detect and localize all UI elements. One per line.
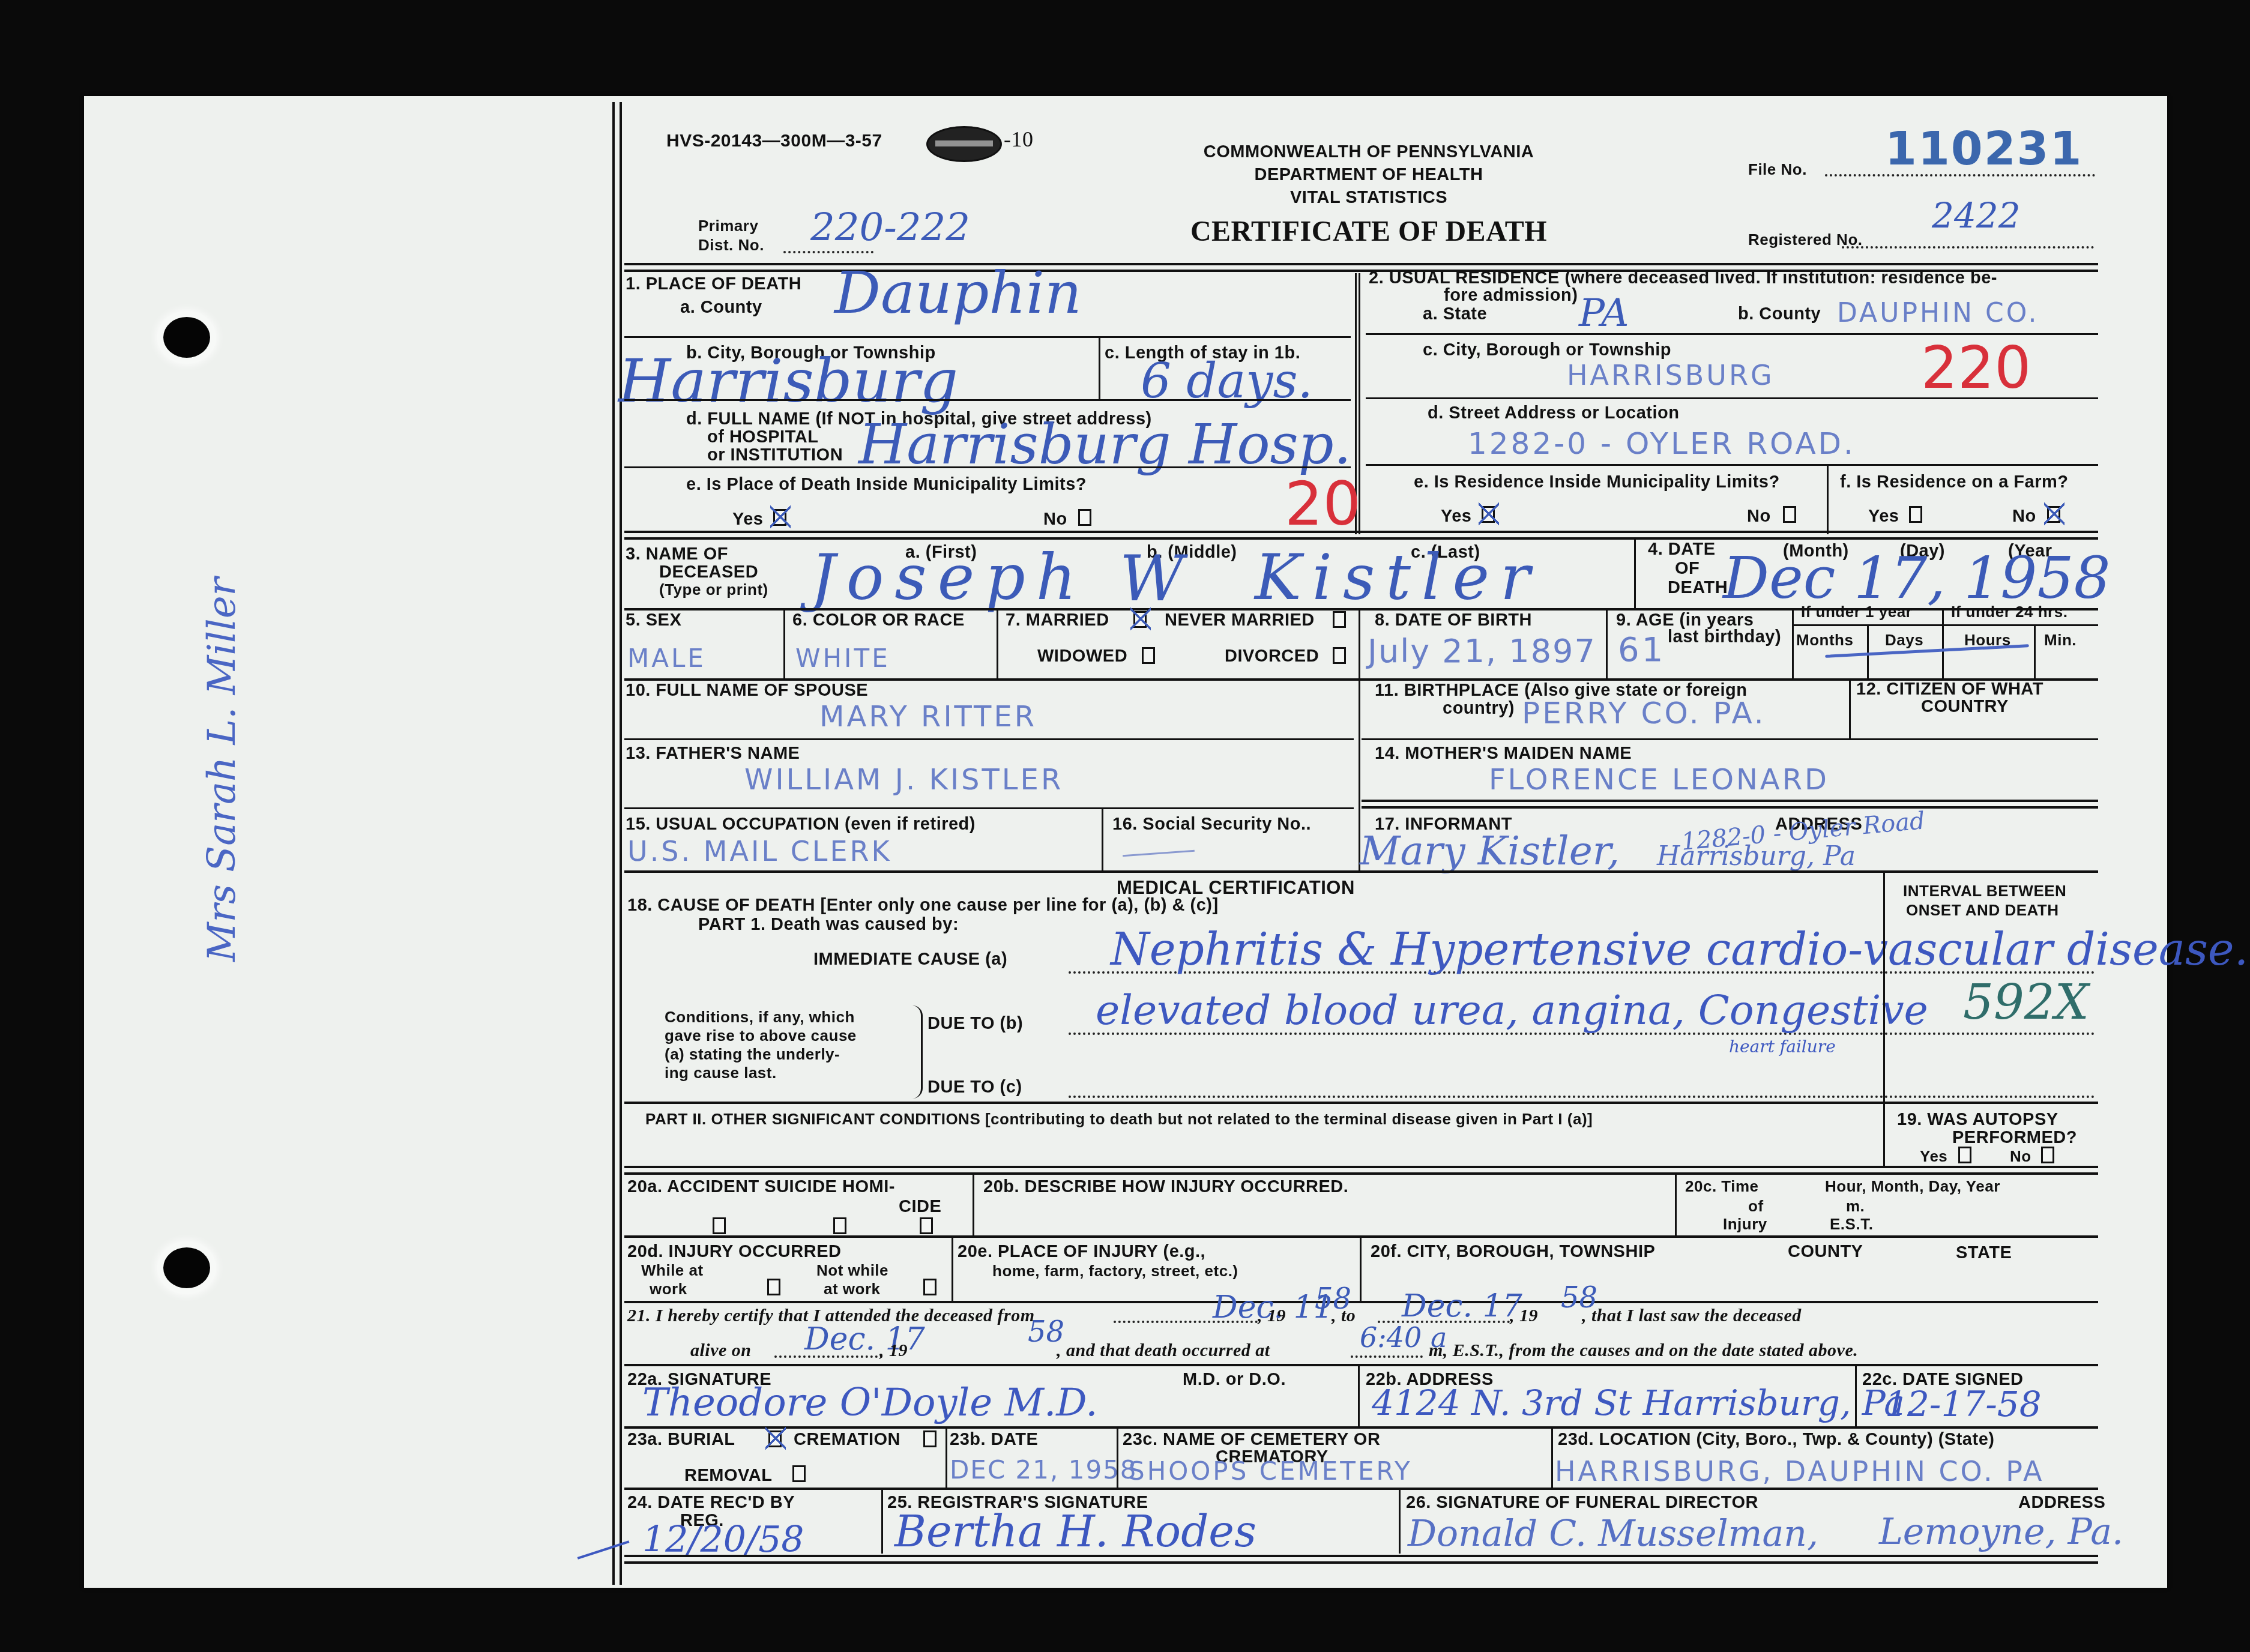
attended-to-value: Dec. 17	[1402, 1291, 1522, 1322]
days-label: Days	[1885, 632, 1923, 649]
name-label-3: (Type or print)	[659, 581, 768, 598]
injury-time-label-1: 20c. Time	[1685, 1178, 1759, 1195]
ssn-label: 16. Social Security No..	[1112, 815, 1311, 834]
due-to-c-line	[1069, 1096, 2095, 1098]
inside-limits-yes-label: Yes	[732, 510, 764, 529]
rule	[1792, 624, 2098, 626]
certify-line-1c: , to	[1332, 1306, 1356, 1325]
conditions-brace	[912, 1005, 923, 1099]
autopsy-no-label: No	[2010, 1148, 2031, 1165]
conditions-note-4: ing cause last.	[665, 1064, 777, 1082]
dod-label-3: DEATH	[1668, 579, 1728, 598]
autopsy-label-2: PERFORMED?	[1952, 1129, 2077, 1148]
res-farm-label: f. Is Residence on a Farm?	[1840, 473, 2068, 492]
removal-label: REMOVAL	[684, 1467, 772, 1486]
rule	[1883, 870, 1885, 1168]
primary-dist-line	[783, 251, 873, 253]
rule	[1792, 608, 1794, 680]
form-border-inner	[620, 102, 622, 1585]
file-no-label: File No.	[1748, 161, 1807, 178]
inside-limits-no-checkbox[interactable]	[1078, 509, 1091, 526]
issuer-line-1: COMMONWEALTH OF PENNSYLVANIA	[1165, 143, 1573, 162]
birthplace-label-2: country)	[1443, 699, 1515, 719]
place-red-code: 20	[1285, 474, 1361, 534]
rule	[1358, 1364, 1360, 1427]
rule	[624, 336, 1351, 338]
inside-limits-yes-checkbox[interactable]	[773, 509, 786, 526]
md-do-label: M.D. or D.O.	[1183, 1370, 1286, 1390]
dod-label-1: 4. DATE	[1648, 540, 1716, 559]
not-while-2: at work	[824, 1280, 881, 1298]
burial-label: 23a. BURIAL	[627, 1430, 735, 1450]
spouse-value: MARY RITTER	[819, 702, 1037, 731]
res-red-code: 220	[1921, 339, 2031, 397]
res-farm-yes-label: Yes	[1868, 507, 1899, 526]
hospital-label-3: or INSTITUTION	[707, 446, 843, 465]
union-label-icon	[926, 126, 1002, 162]
injury-place-label-1: 20e. PLACE OF INJURY (e.g.,	[958, 1243, 1205, 1262]
res-street-value: 1282-0 - OYLER ROAD.	[1468, 429, 1856, 459]
age-value: 61	[1618, 633, 1665, 667]
cremation-label: CREMATION	[794, 1430, 900, 1450]
rule	[624, 1426, 2098, 1429]
married-checkbox[interactable]	[1133, 611, 1147, 628]
middle-name-value: W	[1120, 547, 1184, 610]
injury-city-label: 20f. CITY, BOROUGH, TOWNSHIP	[1371, 1243, 1655, 1262]
suicide-checkbox[interactable]	[833, 1217, 846, 1234]
rule	[624, 738, 1354, 740]
rule	[624, 807, 1354, 809]
certify-line-2a: alive on	[690, 1340, 752, 1360]
min-label: Min.	[2044, 632, 2077, 649]
rule	[624, 1364, 2098, 1366]
county-value: Dauphin	[834, 264, 1082, 322]
age-label-2: last birthday)	[1668, 628, 1781, 647]
while-at-work-checkbox[interactable]	[767, 1279, 780, 1295]
dod-value: Dec 17, 1958	[1723, 549, 2111, 607]
injury-time-m: m.	[1846, 1198, 1865, 1215]
res-city-label: c. City, Borough or Township	[1423, 341, 1671, 360]
months-label: Months	[1796, 632, 1853, 649]
document-title: CERTIFICATE OF DEATH	[1159, 216, 1579, 248]
certify-line-2d: m, E.S.T., from the causes and on the da…	[1429, 1340, 1858, 1360]
father-value: WILLIAM J. KISTLER	[744, 765, 1063, 794]
rule	[997, 608, 998, 680]
dod-label-2: OF	[1675, 559, 1700, 579]
rule	[1399, 1488, 1401, 1554]
issuer-line-2: DEPARTMENT OF HEALTH	[1165, 166, 1573, 185]
form-id: HVS-20143—300M—3-57	[666, 131, 882, 151]
never-married-label: NEVER MARRIED	[1165, 611, 1315, 630]
rule	[1942, 608, 1944, 680]
conditions-note-1: Conditions, if any, which	[665, 1008, 855, 1026]
rule	[1606, 608, 1608, 680]
medical-heading: MEDICAL CERTIFICATION	[1117, 878, 1355, 898]
autopsy-no-checkbox[interactable]	[2041, 1147, 2054, 1163]
file-no-value: 110231	[1885, 126, 2083, 172]
res-inside-yes-checkbox[interactable]	[1482, 506, 1495, 523]
due-to-b-label: DUE TO (b)	[927, 1014, 1023, 1034]
while-at-work-2: work	[650, 1280, 687, 1298]
spouse-label: 10. FULL NAME OF SPOUSE	[626, 681, 868, 701]
res-inside-limits-label: e. Is Residence Inside Municipality Limi…	[1414, 473, 1780, 492]
rule	[1362, 738, 2098, 740]
widowed-label: WIDOWED	[1037, 647, 1127, 666]
citizen-label-2: COUNTRY	[1921, 698, 2009, 717]
cremation-checkbox[interactable]	[923, 1430, 936, 1447]
rule	[2034, 624, 2036, 680]
rule	[1855, 1364, 1857, 1427]
primary-dist-label-2: Dist. No.	[698, 237, 764, 254]
injury-time-est: E.S.T.	[1830, 1216, 1873, 1233]
under-24h-label: If under 24 hrs.	[1951, 603, 2068, 621]
injury-time-cols: Hour, Month, Day, Year	[1825, 1178, 2000, 1195]
res-street-label: d. Street Address or Location	[1428, 404, 1680, 423]
sex-value: MALE	[627, 646, 706, 671]
section-rule	[624, 1166, 2098, 1168]
removal-checkbox[interactable]	[792, 1465, 806, 1482]
informant-value: Mary Kistler,	[1360, 831, 1620, 871]
form-border-outer	[612, 102, 615, 1585]
autopsy-label-1: 19. WAS AUTOPSY	[1897, 1111, 2058, 1130]
rule	[1360, 1235, 1362, 1301]
certify-line-1e: , that I last saw the deceased	[1582, 1306, 1802, 1325]
inside-limits-no-label: No	[1043, 510, 1067, 529]
res-state-value: PA	[1579, 294, 1629, 333]
certify-line-2c: , and that death occurred at	[1057, 1340, 1270, 1360]
interval-label-2: ONSET AND DEATH	[1906, 902, 2059, 919]
sex-label: 5. SEX	[626, 611, 681, 630]
section-rule	[624, 531, 2098, 533]
physician-signature: Theodore O'Doyle M.D.	[642, 1384, 1098, 1422]
footer-rule	[624, 1555, 2098, 1557]
not-while-checkbox[interactable]	[923, 1279, 936, 1295]
occupation-label: 15. USUAL OCCUPATION (even if retired)	[626, 815, 976, 834]
certify-line-1b: , 19	[1258, 1306, 1286, 1325]
race-value: WHITE	[795, 646, 890, 671]
funeral-director-signature: Donald C. Musselman,	[1408, 1516, 1818, 1552]
interval-label-1: INTERVAL BETWEEN	[1903, 882, 2066, 900]
burial-date-label: 23b. DATE	[950, 1430, 1038, 1450]
injury-type-label: 20a. ACCIDENT SUICIDE HOMI-	[627, 1178, 895, 1197]
injury-time-label-3: Injury	[1723, 1216, 1767, 1233]
registered-no-value: 2422	[1932, 198, 2021, 233]
location-label: 23d. LOCATION (City, Boro., Twp. & Count…	[1558, 1430, 1994, 1450]
rule	[1827, 464, 1829, 534]
county-label: a. County	[680, 298, 762, 318]
cause-label-1: 18. CAUSE OF DEATH [Enter only one cause…	[627, 896, 1219, 915]
mother-label: 14. MOTHER'S MAIDEN NAME	[1375, 744, 1632, 764]
date-recd-label-1: 24. DATE REC'D BY	[627, 1494, 795, 1513]
rule	[624, 399, 1351, 401]
never-married-checkbox[interactable]	[1333, 611, 1346, 628]
mother-value: FLORENCE LEONARD	[1489, 765, 1829, 794]
while-at-work-1: While at	[641, 1262, 704, 1279]
res-farm-no-checkbox[interactable]	[2047, 506, 2060, 523]
rule	[624, 466, 1351, 468]
injury-state-label: STATE	[1956, 1244, 2012, 1263]
punch-hole-bottom	[163, 1247, 210, 1288]
first-name-value: Joseph	[810, 546, 1087, 609]
punch-hole-top	[163, 317, 210, 358]
certify-dots	[1351, 1355, 1423, 1358]
funeral-address-label: ADDRESS	[2018, 1494, 2105, 1513]
res-inside-yes-label: Yes	[1441, 507, 1472, 526]
rule	[783, 608, 785, 680]
injury-place-label-2: home, farm, factory, street, etc.)	[992, 1262, 1238, 1280]
certify-line-1d: , 19	[1510, 1306, 1538, 1325]
injury-time-label-2: of	[1748, 1198, 1764, 1215]
due-to-b-extra: heart failure	[1729, 1039, 1836, 1055]
dob-label: 8. DATE OF BIRTH	[1375, 611, 1532, 630]
accident-checkbox[interactable]	[713, 1217, 726, 1234]
injury-occurred-label: 20d. INJURY OCCURRED	[627, 1243, 841, 1262]
injury-describe-label: 20b. DESCRIBE HOW INJURY OCCURRED.	[983, 1178, 1348, 1197]
res-county-label: b. County	[1738, 305, 1821, 324]
birthplace-value: PERRY CO. PA.	[1522, 698, 1766, 728]
last-name-value: Kistler	[1255, 546, 1541, 609]
primary-dist-label-1: Primary	[698, 217, 758, 235]
city-value: Harrisburg	[618, 351, 958, 411]
due-to-c-label: DUE TO (c)	[927, 1078, 1022, 1097]
rule	[881, 1488, 883, 1554]
registered-no-line	[1842, 246, 2094, 249]
primary-dist-value: 220-222	[810, 209, 970, 247]
informant-address-2: Harrisburg, Pa	[1657, 843, 1856, 870]
rule	[624, 1102, 2098, 1104]
burial-date-value: DEC 21, 1958	[950, 1458, 1138, 1483]
physician-address: 4124 N. 3rd St Harrisburg, Pa.	[1372, 1385, 1916, 1420]
part2-label: PART II. OTHER SIGNIFICANT CONDITIONS [c…	[645, 1111, 1593, 1128]
interval-code: 592X	[1963, 978, 2089, 1026]
registrar-signature: Bertha H. Rodes	[894, 1510, 1256, 1553]
rule	[952, 1235, 953, 1301]
conditions-note-2: gave rise to above cause	[665, 1027, 857, 1045]
autopsy-yes-label: Yes	[1920, 1148, 1947, 1165]
rule	[1849, 678, 1851, 738]
rule	[1117, 1426, 1118, 1488]
race-label: 6. COLOR OR RACE	[792, 611, 965, 630]
name-label-2: DECEASED	[659, 563, 758, 582]
date-signed-value: 12-17-58	[1885, 1387, 2042, 1421]
autopsy-yes-checkbox[interactable]	[1958, 1147, 1971, 1163]
hospital-value: Harrisburg Hosp.	[858, 417, 1351, 472]
rule	[624, 870, 2098, 873]
rule	[1362, 800, 2098, 802]
occupation-value: U.S. MAIL CLERK	[627, 837, 892, 865]
rule	[1675, 1174, 1677, 1237]
rule	[624, 1301, 2098, 1303]
burial-checkbox[interactable]	[768, 1430, 782, 1447]
res-inside-no-label: No	[1747, 507, 1771, 526]
res-inside-no-checkbox[interactable]	[1783, 506, 1796, 523]
rule	[1366, 464, 2098, 466]
divorced-checkbox[interactable]	[1333, 647, 1346, 664]
name-label-1: 3. NAME OF	[626, 545, 728, 564]
stay-value: 6 days.	[1141, 357, 1313, 405]
inside-limits-label: e. Is Place of Death Inside Municipality…	[686, 475, 1087, 495]
widowed-checkbox[interactable]	[1142, 647, 1155, 664]
married-label: 7. MARRIED	[1006, 611, 1109, 630]
date-recd-value: 12/20/58	[642, 1522, 804, 1558]
rule	[973, 1174, 974, 1237]
cemetery-value: SHOOPS CEMETERY	[1129, 1459, 1413, 1484]
res-county-value: DAUPHIN CO.	[1837, 300, 2039, 327]
location-value: HARRISBURG, DAUPHIN CO. PA	[1555, 1458, 2044, 1485]
cause-label-2: PART 1. Death was caused by:	[698, 915, 959, 935]
divorced-label: DIVORCED	[1225, 647, 1319, 666]
father-label: 13. FATHER'S NAME	[626, 744, 800, 764]
rule	[1634, 537, 1636, 609]
dob-value: July 21, 1897	[1368, 635, 1596, 668]
immediate-cause-value: Nephritis & Hypertensive cardio-vascular…	[1111, 927, 2248, 972]
due-to-b-value: elevated blood urea, angina, Congestive	[1096, 990, 1928, 1031]
res-farm-no-label: No	[2012, 507, 2036, 526]
not-while-1: Not while	[816, 1262, 888, 1279]
injury-type-label-2: CIDE	[899, 1198, 941, 1217]
res-city-value: HARRISBURG	[1567, 361, 1775, 389]
hospital-label-2: of HOSPITAL	[707, 428, 818, 447]
rule	[1099, 336, 1100, 399]
margin-note: Mrs Sarah L. Miller	[203, 421, 241, 962]
res-farm-yes-checkbox[interactable]	[1909, 506, 1922, 523]
rule	[624, 1488, 2098, 1490]
injury-county-label: COUNTY	[1788, 1243, 1863, 1262]
union-label-suffix: -10	[1004, 128, 1034, 152]
immediate-cause-label: IMMEDIATE CAUSE (a)	[813, 950, 1007, 969]
certify-line-2b: , 19	[879, 1340, 908, 1360]
residence-heading-2: fore admission)	[1444, 286, 1578, 306]
rule	[946, 1426, 947, 1488]
homicide-checkbox[interactable]	[920, 1217, 933, 1234]
rule	[1366, 397, 2098, 399]
under-1yr-label: If under 1 year	[1801, 603, 1912, 621]
conditions-note-3: (a) stating the underly-	[665, 1046, 840, 1063]
funeral-address-value: Lemoyne, Pa.	[1879, 1514, 2123, 1550]
res-state-label: a. State	[1423, 305, 1487, 324]
place-of-death-heading: 1. PLACE OF DEATH	[626, 275, 801, 294]
issuer-line-3: VITAL STATISTICS	[1165, 188, 1573, 208]
rule	[1102, 807, 1103, 870]
rule	[1551, 1426, 1553, 1488]
funeral-director-label: 26. SIGNATURE OF FUNERAL DIRECTOR	[1406, 1494, 1758, 1513]
